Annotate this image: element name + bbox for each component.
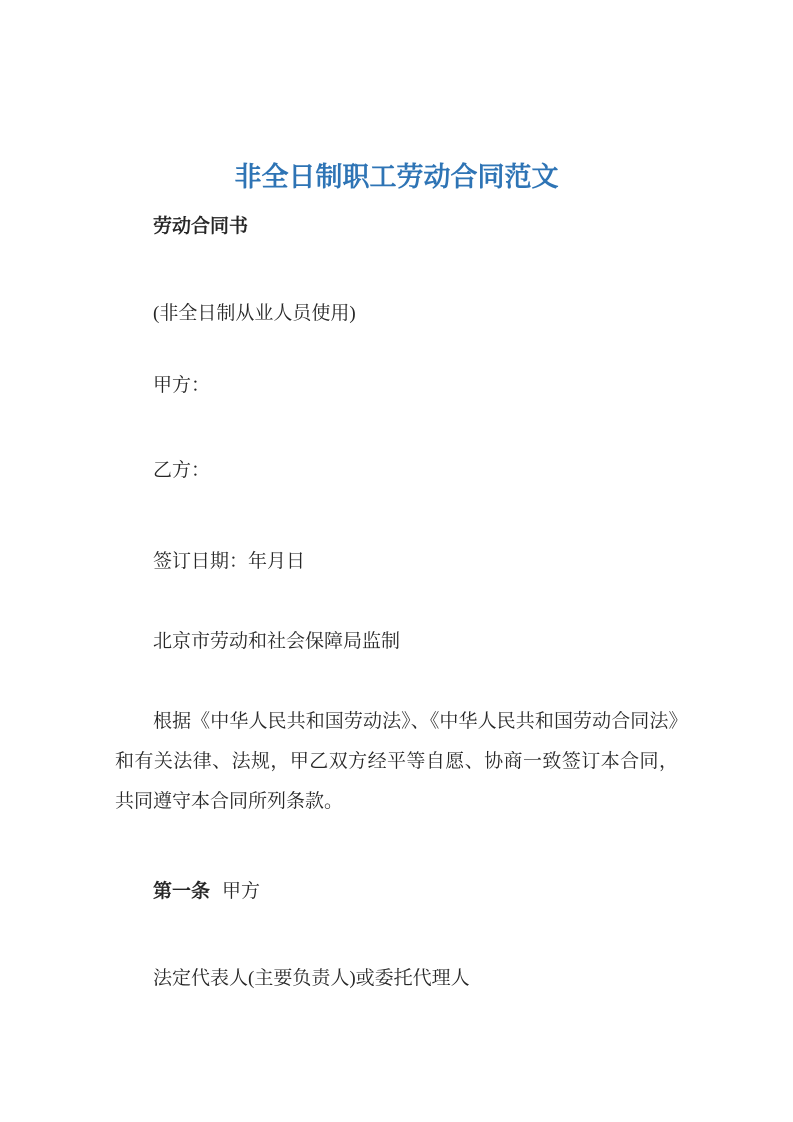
- party-a-line: 甲方：: [115, 366, 678, 406]
- usage-note-line: (非全日制从业人员使用): [115, 294, 678, 334]
- doc-type-line: 劳动合同书: [115, 207, 678, 247]
- doc-title: 非全日制职工劳动合同范文: [115, 158, 678, 196]
- issuer-line: 北京市劳动和社会保障局监制: [115, 622, 678, 662]
- article-1-label: 第一条: [153, 881, 210, 902]
- document-page: 非全日制职工劳动合同范文 劳动合同书 (非全日制从业人员使用) 甲方： 乙方： …: [0, 0, 793, 1122]
- article-1-heading: 第一条甲方: [115, 872, 678, 912]
- preamble-paragraph: 根据《中华人民共和国劳动法》、《中华人民共和国劳动合同法》和有关法律、法规，甲乙…: [115, 702, 678, 822]
- legal-representative-line: 法定代表人(主要负责人)或委托代理人: [115, 959, 678, 999]
- article-1-title: 甲方: [222, 881, 260, 902]
- sign-date-line: 签订日期：年月日: [115, 542, 678, 582]
- party-b-line: 乙方：: [115, 451, 678, 491]
